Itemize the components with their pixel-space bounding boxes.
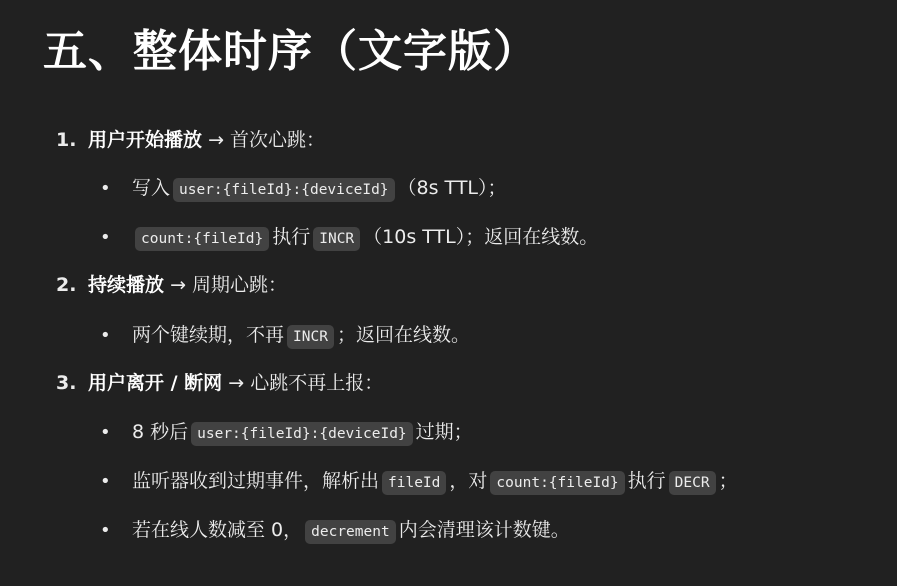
step-number: 1. <box>56 127 88 153</box>
inline-code: count:{fileId} <box>135 227 269 251</box>
step-2: 2.持续播放 → 周期心跳： <box>56 272 287 298</box>
text: 内会清理该计数键。 <box>399 519 570 541</box>
arrow-icon: → <box>228 372 244 394</box>
inline-code: INCR <box>313 227 360 251</box>
document-page: 五、整体时序（文字版） 1.用户开始播放 → 首次心跳： •写入user:{fi… <box>0 0 897 586</box>
text: 执行 <box>628 470 666 492</box>
step-description: 周期心跳： <box>192 274 287 296</box>
list-item: •两个键续期，不再INCR；返回在线数。 <box>100 320 470 352</box>
text: 监听器收到过期事件，解析出 <box>132 470 379 492</box>
list-item: •若在线人数减至 0，decrement内会清理该计数键。 <box>100 515 570 547</box>
text: 写入 <box>132 177 170 199</box>
step-description: 心跳不再上报： <box>250 372 383 394</box>
text: ，对 <box>449 470 487 492</box>
section-title: 五、整体时序（文字版） <box>43 22 538 82</box>
step-1: 1.用户开始播放 → 首次心跳： <box>56 127 325 153</box>
text: ；返回在线数。 <box>337 324 470 346</box>
inline-code: decrement <box>305 520 396 544</box>
text: （8s TTL）； <box>398 177 507 199</box>
text: 过期； <box>416 421 473 443</box>
step-description: 首次心跳： <box>230 129 325 151</box>
text: 执行 <box>272 226 310 248</box>
bullet-icon: • <box>100 174 132 204</box>
step-number: 2. <box>56 272 88 298</box>
step-heading: 持续播放 <box>88 274 164 296</box>
arrow-icon: → <box>208 129 224 151</box>
bullet-icon: • <box>100 418 132 448</box>
list-item: •监听器收到过期事件，解析出fileId，对count:{fileId}执行DE… <box>100 466 738 498</box>
step-3: 3.用户离开 / 断网 → 心跳不再上报： <box>56 370 383 396</box>
inline-code: INCR <box>287 325 334 349</box>
list-item: •写入user:{fileId}:{deviceId}（8s TTL）； <box>100 173 507 205</box>
bullet-icon: • <box>100 516 132 546</box>
bullet-icon: • <box>100 223 132 253</box>
step-heading: 用户离开 / 断网 <box>88 372 222 394</box>
text: 若在线人数减至 0， <box>132 519 302 541</box>
inline-code: user:{fileId}:{deviceId} <box>191 422 413 446</box>
text: 两个键续期，不再 <box>132 324 284 346</box>
inline-code: fileId <box>382 471 446 495</box>
bullet-icon: • <box>100 321 132 351</box>
list-item: •8 秒后user:{fileId}:{deviceId}过期； <box>100 417 473 449</box>
step-number: 3. <box>56 370 88 396</box>
text: 8 秒后 <box>132 421 188 443</box>
bullet-icon: • <box>100 467 132 497</box>
text: ； <box>719 470 738 492</box>
inline-code: count:{fileId} <box>490 471 624 495</box>
list-item: •count:{fileId}执行INCR（10s TTL）；返回在线数。 <box>100 222 598 254</box>
text: （10s TTL）；返回在线数。 <box>363 226 598 248</box>
inline-code: user:{fileId}:{deviceId} <box>173 178 395 202</box>
inline-code: DECR <box>669 471 716 495</box>
step-heading: 用户开始播放 <box>88 129 202 151</box>
arrow-icon: → <box>170 274 186 296</box>
